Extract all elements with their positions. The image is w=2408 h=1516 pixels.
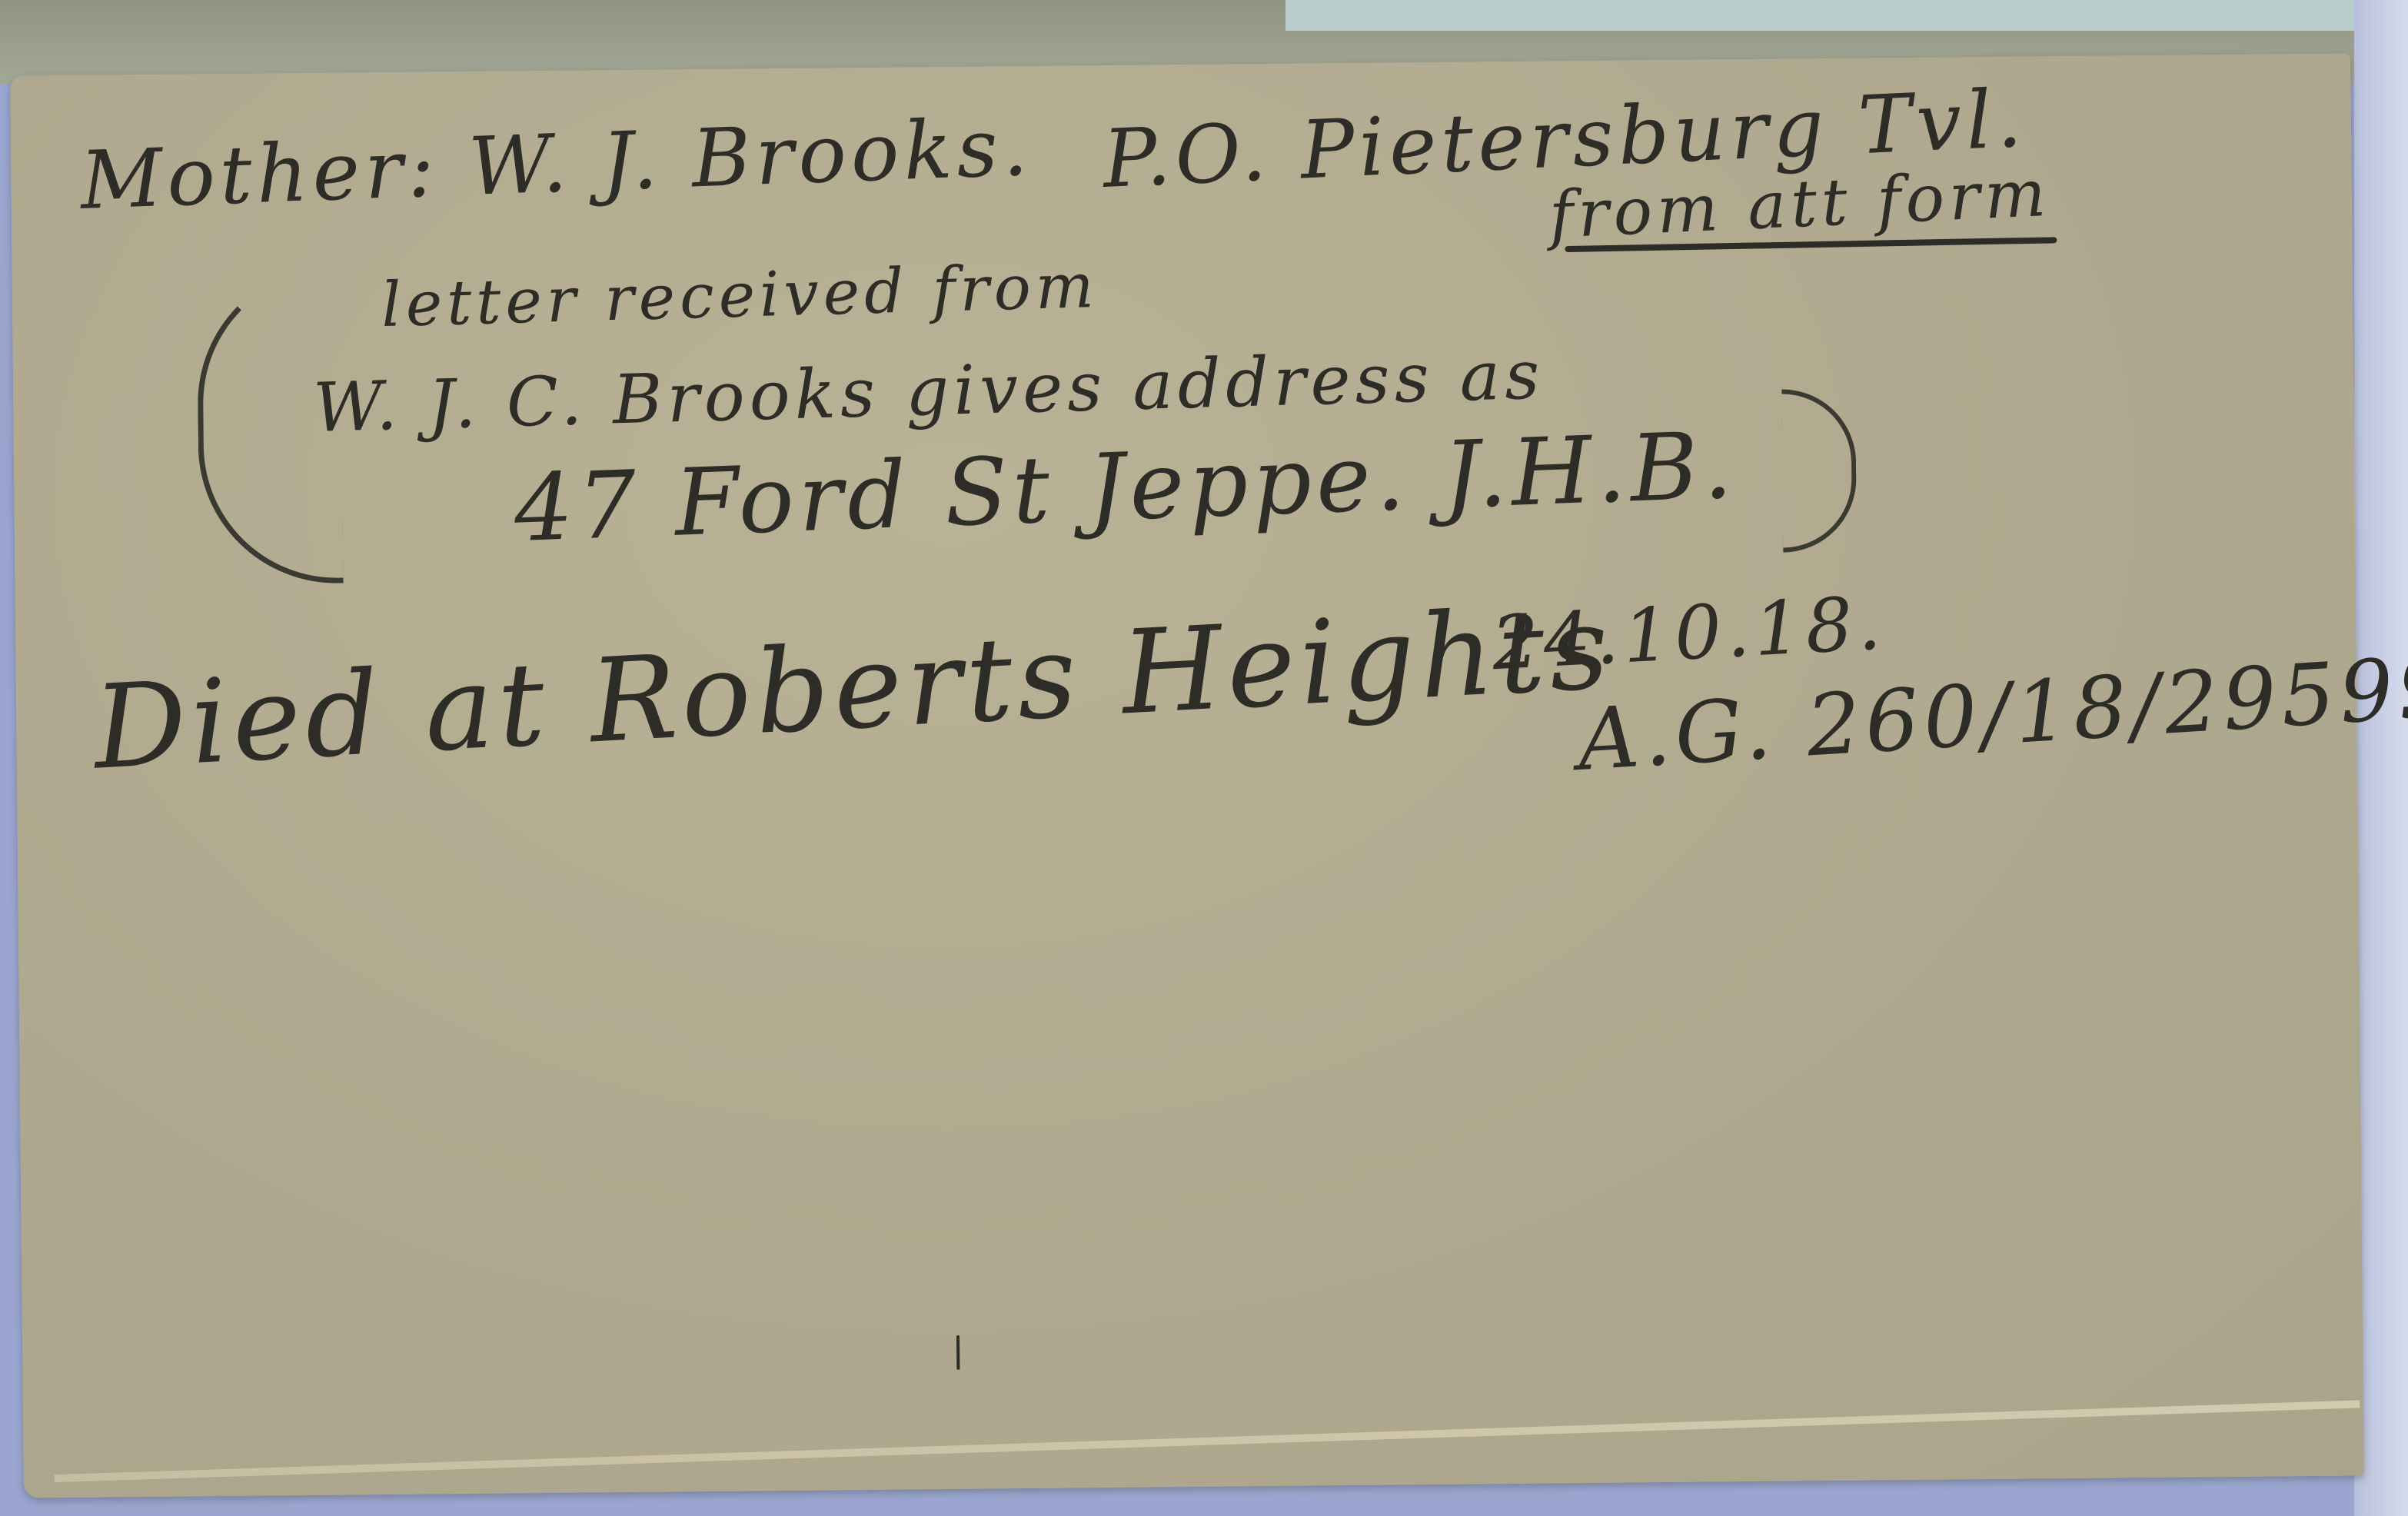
index-card: Mother: W. J. Brooks. P.O. Pietersburg T… xyxy=(10,53,2364,1498)
mother-line: Mother: W. J. Brooks. xyxy=(79,100,1034,228)
letter-received-line: letter received from xyxy=(381,250,1099,341)
card-bottom-edge xyxy=(55,1400,2360,1482)
close-bracket xyxy=(1781,389,1857,553)
ink-mark xyxy=(956,1335,960,1370)
died-at-line: Died at Roberts Heights xyxy=(91,581,1617,796)
teal-card-behind xyxy=(1285,0,2362,31)
background-surface xyxy=(2354,0,2408,1516)
